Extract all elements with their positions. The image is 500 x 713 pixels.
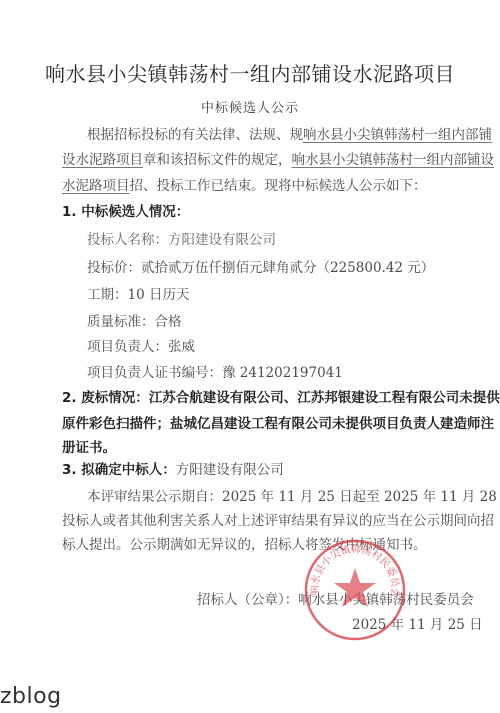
section3-line: 3. 拟确定中标人：方阳建设有限公司 <box>62 461 284 479</box>
document-page: 响水县小尖镇韩荡村一组内部铺设水泥路项目 中标候选人公示 根据招标投标的有关法律… <box>0 0 500 713</box>
document-subtitle: 中标候选人公示 <box>0 97 500 116</box>
field-value: 10 日历天 <box>128 287 190 303</box>
section2-heading: 2. 废标情况： <box>62 390 149 406</box>
field-project-manager: 项目负责人：张威 <box>87 338 195 356</box>
field-certificate-number: 项目负责人证书编号：豫 241202197041 <box>87 364 343 382</box>
field-duration: 工期：10 日历天 <box>87 286 189 304</box>
field-label: 质量标准： <box>87 314 155 330</box>
intro-text: 招、投标工作已结束。现将中标候选人公示如下： <box>130 178 427 194</box>
field-label: 项目负责人证书编号： <box>87 365 222 381</box>
field-label: 投标人名称： <box>87 232 168 248</box>
field-value: 豫 241202197041 <box>222 365 343 381</box>
document-title: 响水县小尖镇韩荡村一组内部铺设水泥路项目 <box>0 58 500 87</box>
section3-heading: 3. 拟确定中标人： <box>62 462 176 478</box>
section2-line-2: 原件彩色扫描件；盐城亿昌建设工程有限公司未提供项目负责人建造师注 <box>62 415 494 433</box>
notice-line-2: 投标人或者其他利害关系人对上述评审结果有异议的应当在公示期间向招 <box>62 512 494 530</box>
field-value: 方阳建设有限公司 <box>168 232 276 248</box>
winning-bidder: 方阳建设有限公司 <box>176 462 284 478</box>
intro-text: 章和该招标文件的规定， <box>143 152 292 168</box>
field-value: 张威 <box>168 339 195 355</box>
field-quality: 质量标准：合格 <box>87 313 182 331</box>
field-value: 贰拾贰万伍仟捌佰元肆角贰分（225800.42 元） <box>141 260 434 276</box>
project-name-underlined: 响水县小尖镇韩荡村一组内部铺设 <box>292 152 495 168</box>
section2-line-1: 2. 废标情况：江苏合航建设有限公司、江苏邦银建设工程有限公司未提供 <box>62 389 500 407</box>
project-name-underlined: 响水县小尖镇韩荡村一组内部铺 <box>303 127 492 143</box>
notice-line-1: 本评审结果公示期自：2025 年 11 月 25 日起至 2025 年 11 月… <box>87 488 500 506</box>
section2-line-3: 册证书。 <box>62 439 116 457</box>
section2-text: 江苏合航建设有限公司、江苏邦银建设工程有限公司未提供 <box>149 390 500 406</box>
intro-line-1: 根据招标投标的有关法律、法规、规响水县小尖镇韩荡村一组内部铺 <box>87 126 492 144</box>
field-label: 工期： <box>87 287 128 303</box>
intro-text: 根据招标投标的有关法律、法规、规 <box>87 127 303 143</box>
field-label: 项目负责人： <box>87 339 168 355</box>
official-seal-icon: 响水县小尖镇韩荡村民委员会 <box>303 538 407 642</box>
field-bid-price: 投标价：贰拾贰万伍仟捌佰元肆角贰分（225800.42 元） <box>87 259 434 277</box>
project-name-underlined: 设水泥路项目 <box>62 152 143 168</box>
field-value: 合格 <box>155 314 182 330</box>
field-label: 投标价： <box>87 260 141 276</box>
project-name-underlined: 水泥路项目 <box>62 178 130 194</box>
signature-label: 招标人（公章）： <box>197 592 298 608</box>
section1-heading: 1. 中标候选人情况： <box>62 203 189 221</box>
watermark-text: zblog <box>0 684 62 709</box>
intro-line-2: 设水泥路项目章和该招标文件的规定，响水县小尖镇韩荡村一组内部铺设 <box>62 151 494 169</box>
intro-line-3: 水泥路项目招、投标工作已结束。现将中标候选人公示如下： <box>62 177 427 195</box>
field-bidder-name: 投标人名称：方阳建设有限公司 <box>87 231 276 249</box>
